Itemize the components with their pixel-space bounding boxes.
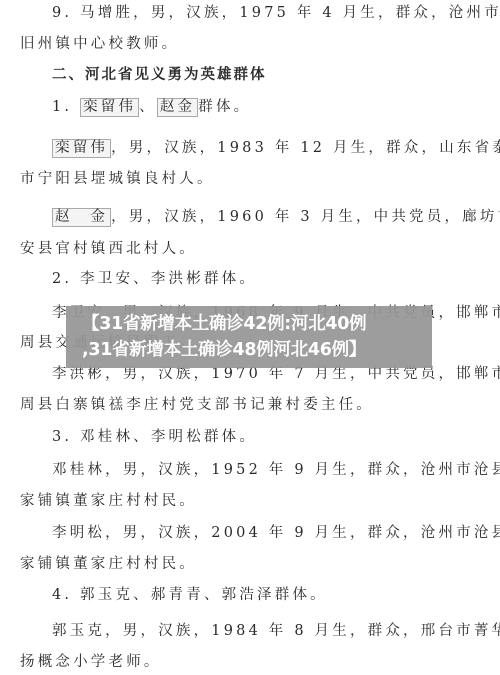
group-title-2: 2. 李卫安、李洪彬群体。 — [0, 270, 500, 288]
name-box: 赵 金 — [52, 208, 111, 227]
overlay-line-2: ,31省新增本土确诊48例河北46例】 — [82, 337, 432, 363]
name-box: 栾留伟 — [80, 98, 139, 117]
doc-line: 安县官村镇西北村人。 — [0, 240, 500, 258]
person-entry: 郭玉克，男，汉族，1984 年 8 月生，群众，邢台市菁华浩 — [0, 622, 500, 640]
doc-line: 家铺镇董家庄村村民。 — [0, 492, 500, 510]
person-entry: 赵 金，男，汉族，1960 年 3 月生，中共党员，廊坊市固 — [0, 208, 500, 227]
section-heading: 二、河北省见义勇为英雄群体 — [0, 66, 500, 84]
group-title-1: 1. 栾留伟、赵金群体。 — [0, 98, 500, 117]
separator: 、 — [139, 99, 157, 115]
person-details: ，男，汉族，1960 年 3 月生，中共党员，廊坊市固 — [111, 209, 500, 225]
doc-line: 家铺镇董家庄村村民。 — [0, 555, 500, 573]
group-title-4: 4. 郭玉克、郝青青、郭浩泽群体。 — [0, 586, 500, 604]
document-page: 9. 马增胜，男，汉族，1975 年 4 月生，群众，沧州市沧县 旧州镇中心校教… — [0, 0, 500, 675]
doc-line: 周县白寨镇禚李庄村党支部书记兼村委主任。 — [0, 396, 500, 414]
group-title-3: 3. 邓桂林、李明松群体。 — [0, 428, 500, 446]
doc-line: 扬概念小学老师。 — [0, 653, 500, 671]
list-number: 1. — [52, 99, 80, 115]
overlay-line-1: 【31省新增本土确诊42例:河北40例 — [82, 311, 432, 337]
person-entry: 李明松，男，汉族，2004 年 9 月生，群众，沧州市沧县汪 — [0, 524, 500, 542]
name-box: 栾留伟 — [52, 139, 111, 158]
group-suffix: 群体。 — [198, 99, 251, 115]
headline-overlay: 【31省新增本土确诊42例:河北40例 ,31省新增本土确诊48例河北46例】 — [66, 306, 432, 368]
name-box: 赵金 — [157, 98, 198, 117]
person-entry: 邓桂林，男，汉族，1952 年 9 月生，群众，沧州市沧县汪 — [0, 461, 500, 479]
person-details: ，男，汉族，1983 年 12 月生，群众，山东省泰安 — [111, 140, 500, 156]
doc-line: 旧州镇中心校教师。 — [0, 35, 500, 53]
person-entry: 栾留伟，男，汉族，1983 年 12 月生，群众，山东省泰安 — [0, 139, 500, 158]
doc-line: 市宁阳县堽城镇良村人。 — [0, 170, 500, 188]
doc-line: 9. 马增胜，男，汉族，1975 年 4 月生，群众，沧州市沧县 — [0, 4, 500, 22]
